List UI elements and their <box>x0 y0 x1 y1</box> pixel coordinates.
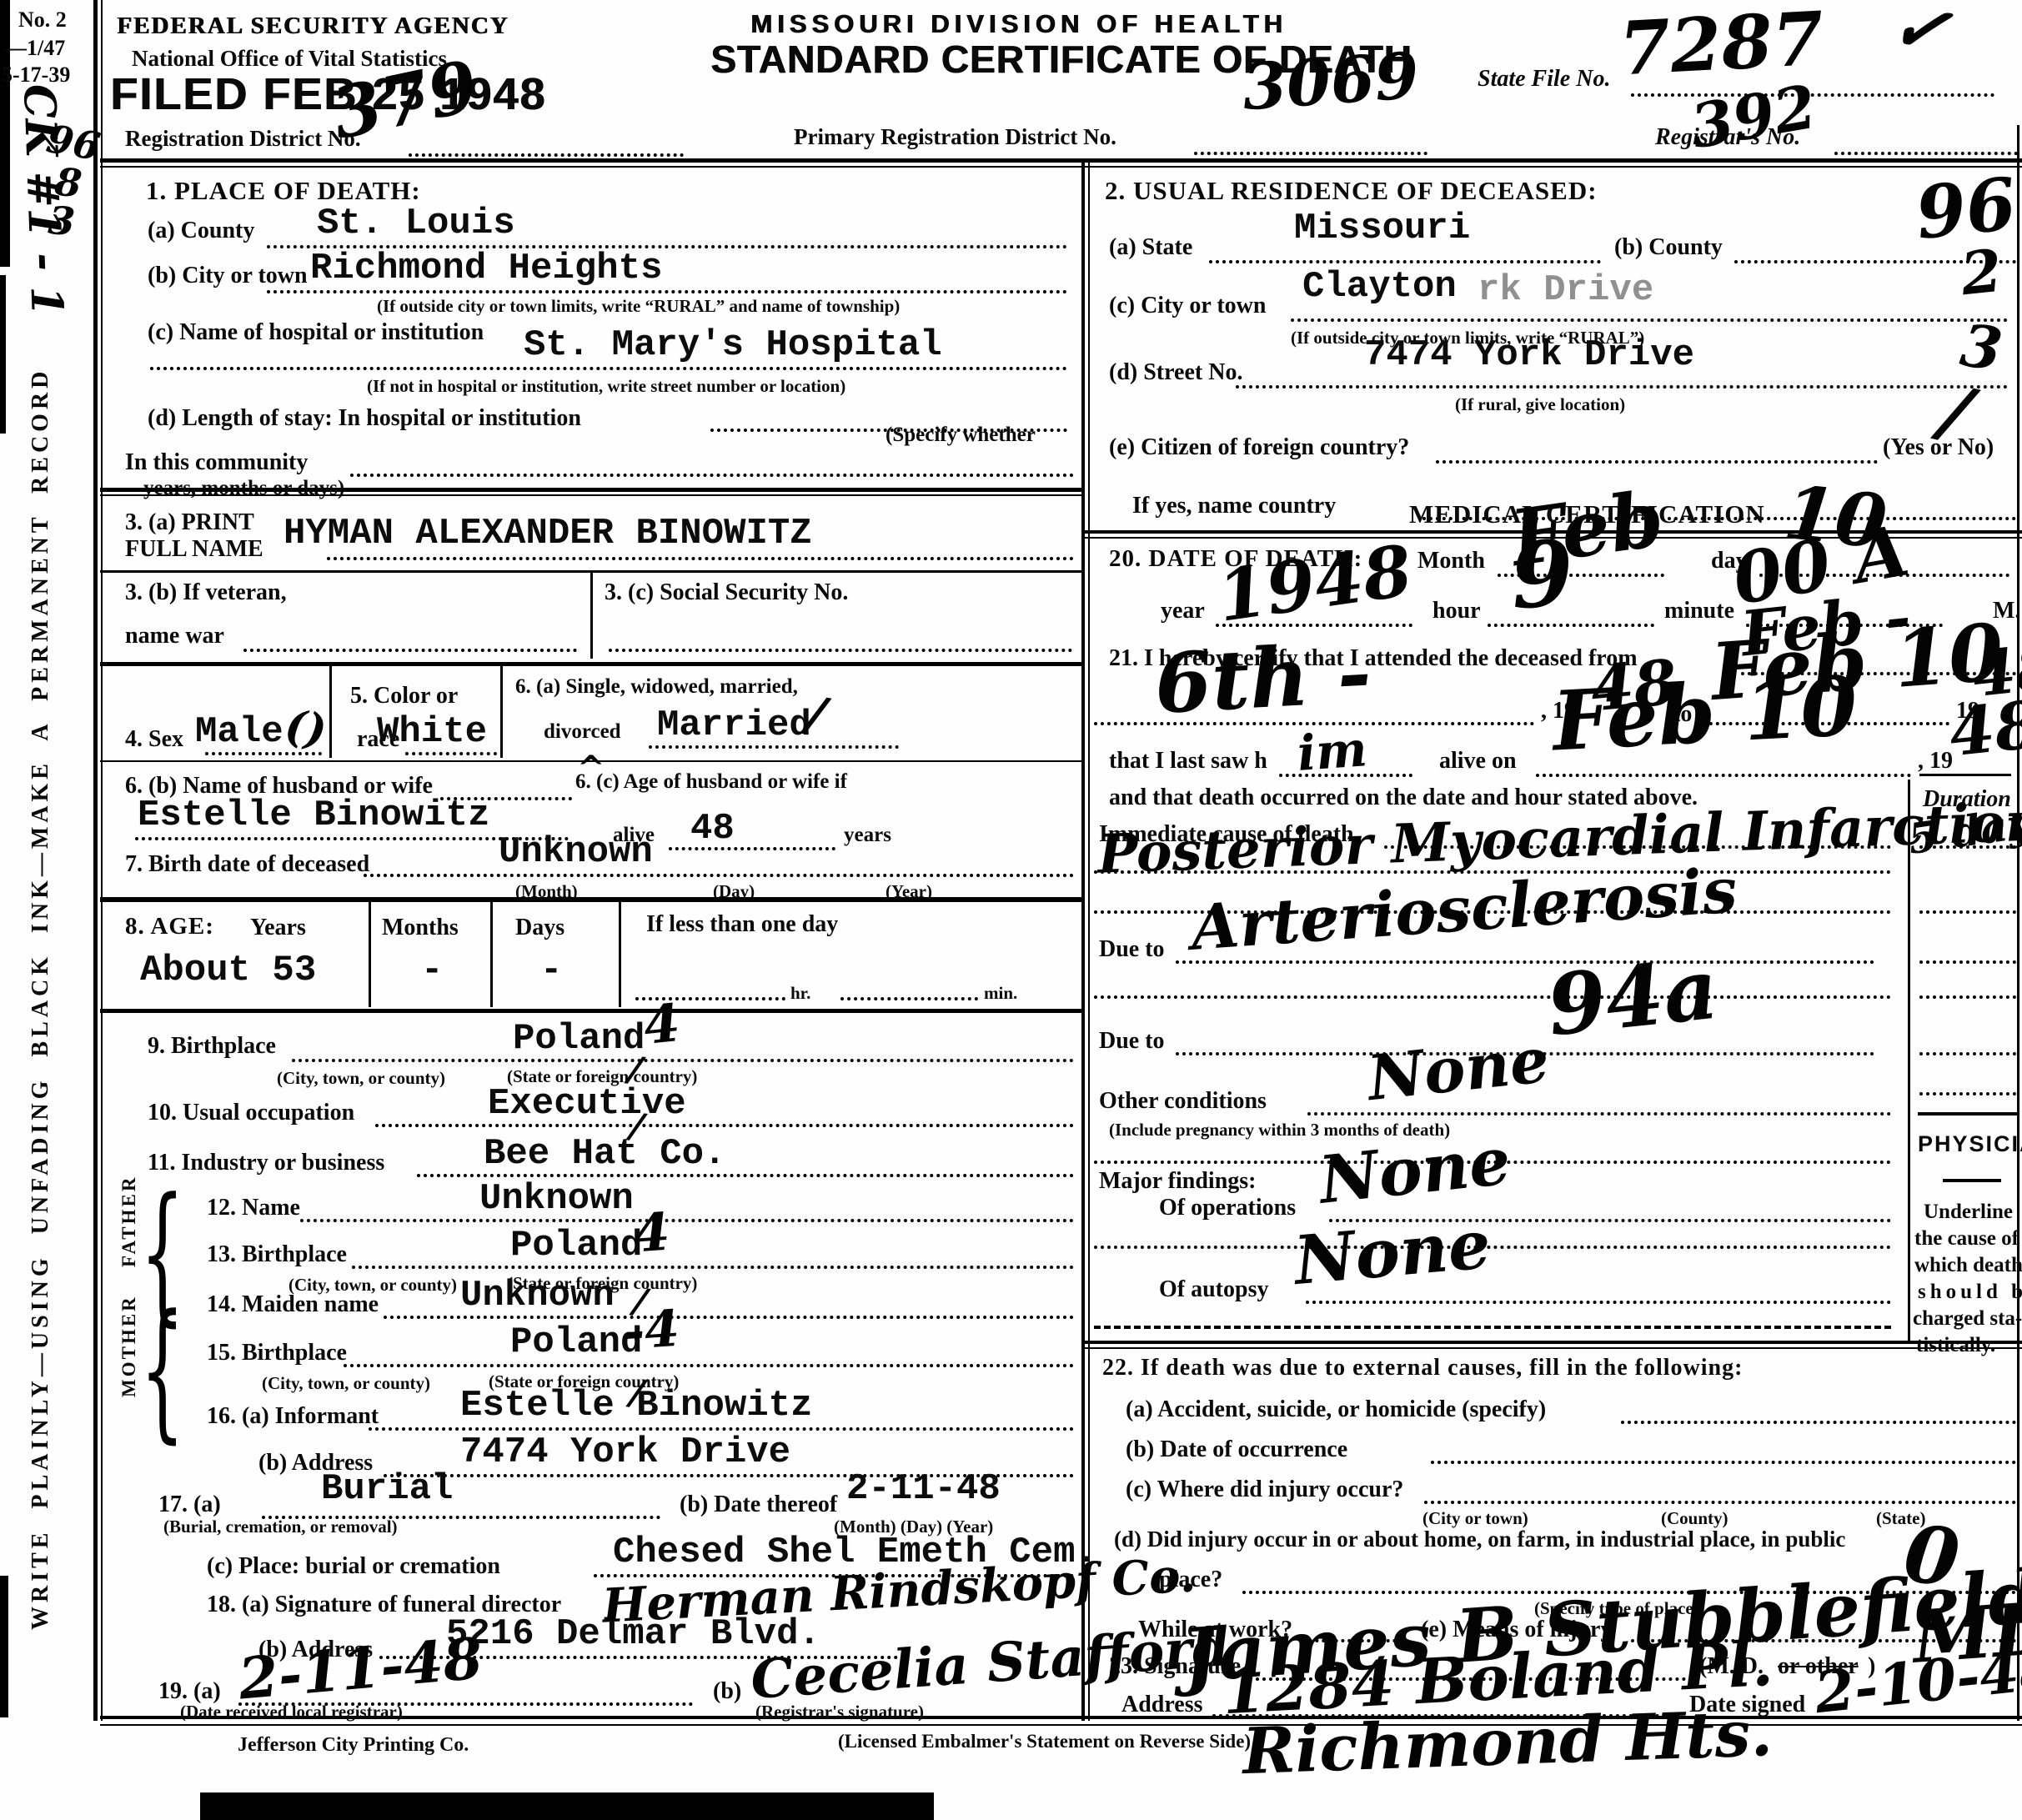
father-birthplace-value: Poland <box>510 1227 642 1264</box>
state-file-label: State File No. <box>1478 67 1610 93</box>
age-divider-2 <box>490 902 493 1007</box>
birthplace-value: Poland <box>513 1020 645 1057</box>
lastsaw-im: im <box>1296 724 1368 778</box>
veteran-label-1: 3. (b) If veteran, <box>125 580 287 606</box>
physician-address-city: Richmond Hts. <box>1242 1702 1774 1783</box>
hospital-hint: (If not in hospital or institution, writ… <box>367 377 845 396</box>
rule-under-age <box>100 1009 1081 1013</box>
sex-value: Male <box>195 714 283 750</box>
hospital-line <box>150 367 1067 370</box>
age-months-header: Months <box>382 915 459 941</box>
hour-label: hour <box>1432 599 1481 624</box>
registrar-no-value: 392 <box>1687 76 1821 157</box>
citizen-line <box>1436 460 1878 464</box>
residence-city-label: (c) City or town <box>1109 293 1266 319</box>
form-revision-1: —1/47 <box>5 37 65 61</box>
residence-city-mark: 2 <box>1958 242 2004 304</box>
city-town-line <box>267 290 1067 293</box>
street-label: (d) Street No. <box>1109 360 1242 386</box>
physician-note-line: charged sta- <box>1913 1307 2022 1331</box>
external-d-label-1: (d) Did injury occur in or about home, o… <box>1114 1527 1845 1552</box>
mother-city-hint: (City, town, or county) <box>262 1374 430 1393</box>
race-value: White <box>377 714 487 750</box>
margin-instruction: WRITE PLAINLY—USING UNFADING BLACK INK—M… <box>28 368 54 1630</box>
registrar-sig-label: (b) <box>713 1679 741 1705</box>
residence-state-value: Missouri <box>1294 210 1470 247</box>
residence-heading: 2. USUAL RESIDENCE OF DECEASED: <box>1105 177 1598 205</box>
year-label: year <box>1161 599 1205 624</box>
center-divider <box>1081 158 1085 1721</box>
birthplace-mark: 4 <box>641 997 682 1052</box>
physician-note-line: the cause of <box>1914 1227 2019 1251</box>
father-name-label: 12. Name <box>207 1196 300 1221</box>
external-b-line <box>1431 1461 2016 1464</box>
residence-county-mark: 96 <box>1913 168 2019 250</box>
lastsaw-year: 48 <box>1946 693 2022 767</box>
duration-stub-5 <box>1919 1052 2016 1055</box>
duration-stub-4 <box>1919 995 2016 999</box>
marital-value: Married <box>657 707 811 744</box>
full-name-value: HYMAN ALEXANDER BINOWITZ <box>283 515 812 552</box>
spouse-age-value: 48 <box>690 810 735 847</box>
right-border <box>2017 125 2019 1721</box>
month-label: Month <box>1417 549 1485 574</box>
place-of-death-heading: 1. PLACE OF DEATH: <box>146 177 421 205</box>
print-label-1: 3. (a) PRINT <box>125 510 254 536</box>
external-b-label: (b) Date of occurrence <box>1126 1437 1347 1463</box>
date-thereof-value: 2-11-48 <box>846 1471 1001 1507</box>
due-to-2-mark: 94a <box>1543 947 1721 1048</box>
mother-sidebar-label: MOTHER <box>118 1295 139 1397</box>
marital-label-1: 6. (a) Single, widowed, married, <box>515 675 798 699</box>
margin-handwriting-3: 3 <box>47 201 76 241</box>
form-number: No. 2 <box>18 8 67 33</box>
external-a-label: (a) Accident, suicide, or homicide (spec… <box>1126 1397 1546 1423</box>
left-border <box>93 0 98 1721</box>
race-marital-divider <box>500 666 503 758</box>
due-to-2-label: Due to <box>1099 1029 1165 1055</box>
embalmer-note: (Licensed Embalmer's Statement on Revers… <box>838 1731 1251 1752</box>
header-rule <box>100 158 2022 163</box>
name-country-label: If yes, name country <box>1132 494 1336 519</box>
age-divider-1 <box>369 902 371 1007</box>
age-days-value: - <box>540 952 562 989</box>
industry-value: Bee Hat Co. <box>484 1136 725 1172</box>
full-name-line <box>327 557 1074 560</box>
duration-rule <box>1919 774 2011 776</box>
occupation-label: 10. Usual occupation <box>148 1101 354 1126</box>
scan-edge-artifact <box>0 275 6 434</box>
residence-state-line <box>1209 260 1601 263</box>
physician-note-line: tistically. <box>1916 1334 1995 1357</box>
informant-line <box>369 1427 1074 1431</box>
external-heading: 22. If death was due to external causes,… <box>1102 1356 1743 1381</box>
length-of-stay-label: (d) Length of stay: In hospital or insti… <box>148 406 581 432</box>
residence-city-line <box>1291 318 2008 322</box>
disposition-value: Burial <box>321 1471 453 1507</box>
external-rule-inner <box>1081 1347 2022 1349</box>
other-conditions-value: None <box>1365 1030 1552 1110</box>
minute-label: minute <box>1664 599 1734 624</box>
father-name-line <box>300 1219 1074 1222</box>
lastsaw-dots2 <box>1536 774 1911 777</box>
primary-registration-line <box>1194 152 1427 155</box>
rule-above-sex <box>100 662 1081 666</box>
duration-stub-6 <box>1919 1092 2016 1096</box>
center-divider-inner <box>1088 158 1090 1721</box>
citizen-label: (e) Citizen of foreign country? <box>1109 435 1409 461</box>
county-label: (a) County <box>148 218 254 244</box>
disposition-hint: (Burial, cremation, or removal) <box>163 1517 398 1537</box>
spouse-value: Estelle Binowitz <box>138 797 489 834</box>
of-autopsy-label: Of autopsy <box>1159 1277 1268 1303</box>
father-birthplace-mark: 4 <box>632 1206 671 1261</box>
sex-label: 4. Sex <box>125 727 183 753</box>
sex-mark: () <box>283 704 329 753</box>
street-line <box>1236 385 2008 389</box>
marital-label-2: divorced <box>544 720 621 744</box>
veteran-line <box>243 649 577 652</box>
mother-name-value: Unknown <box>460 1277 615 1314</box>
age-min-line <box>840 997 978 1000</box>
death-certificate-scan: No. 2 —1/47 5-17-39 WRITE PLAINLY—USING … <box>0 0 2022 1820</box>
community-line <box>350 474 1074 477</box>
duration-divider <box>1908 780 1910 1341</box>
ssn-line <box>609 649 1072 652</box>
age-less-header: If less than one day <box>646 912 838 938</box>
rule-above-age <box>100 897 1081 902</box>
burial-place-label: (c) Place: burial or cremation <box>207 1554 500 1580</box>
of-operations-label: Of operations <box>1159 1196 1296 1221</box>
city-town-label: (b) City or town <box>148 263 308 289</box>
age-min-label: min. <box>984 984 1017 1003</box>
lastsaw-dots1 <box>1279 774 1412 777</box>
external-c-line <box>1424 1501 2016 1504</box>
due-to-1-dots <box>1176 960 1874 964</box>
street-value: 7474 York Drive <box>1364 337 1694 374</box>
disposition-label: 17. (a) <box>158 1492 221 1518</box>
lastsaw-on-label: alive on <box>1439 749 1517 775</box>
birthplace-line <box>292 1059 1074 1062</box>
lastsaw-label: that I last saw h <box>1109 749 1267 775</box>
primary-registration-label: Primary Registration District No. <box>794 125 1116 150</box>
date-thereof-label: (b) Date thereof <box>680 1492 837 1518</box>
father-birthplace-line <box>352 1266 1074 1269</box>
registration-district-line <box>409 153 684 157</box>
certify-from2-value: 6th - <box>1153 633 1373 725</box>
sex-race-divider <box>329 666 332 758</box>
section-rule <box>100 488 1081 492</box>
lastsaw-value: Feb 10 <box>1551 666 1859 764</box>
section-rule-inner <box>100 494 1081 496</box>
of-autopsy-value: None <box>1292 1211 1493 1294</box>
duration-stub-3 <box>1919 960 2016 964</box>
birthdate-line <box>364 874 1074 877</box>
registrar-no-line <box>1834 152 2018 155</box>
age-hr-label: hr. <box>790 984 810 1003</box>
hour-value: 9 <box>1508 529 1577 623</box>
physician-label: PHYSICIAN <box>1918 1132 2022 1157</box>
other-conditions-label: Other conditions <box>1099 1089 1267 1115</box>
mother-brace: { <box>140 1284 184 1458</box>
primary-registration-value: 3069 <box>1241 44 1421 120</box>
hospital-value: St. Mary's Hospital <box>524 327 942 363</box>
major-findings-label: Major findings: <box>1099 1169 1257 1195</box>
marital-mark: / <box>803 689 829 740</box>
mother-birthplace-value: Poland <box>510 1324 642 1361</box>
agency-title: FEDERAL SECURITY AGENCY <box>117 13 509 40</box>
race-label-1: 5. Color or <box>350 684 458 709</box>
of-operations-value: None <box>1317 1129 1514 1214</box>
left-border-inner <box>101 0 103 1721</box>
header-rule-inner <box>100 166 2022 168</box>
age-divider-3 <box>619 902 621 1007</box>
residence-county-label: (b) County <box>1614 235 1723 261</box>
specify-whether-label: (Specify whether <box>886 424 1036 447</box>
city-town-hint: (If outside city or town limits, write “… <box>377 297 900 316</box>
physician-note-line: Underline <box>1924 1201 2013 1224</box>
external-c-label: (c) Where did injury occur? <box>1126 1477 1403 1503</box>
external-rule <box>1081 1341 2022 1344</box>
of-autopsy-dots <box>1306 1301 1891 1304</box>
informant-label: 16. (a) Informant <box>207 1404 379 1430</box>
physician-dash <box>1943 1179 2001 1182</box>
residence-state-label: (a) State <box>1109 235 1192 261</box>
birthdate-value: Unknown <box>499 834 653 870</box>
external-c-county-hint: (County) <box>1661 1509 1728 1528</box>
margin-handwriting-8: 8 <box>53 162 84 203</box>
veteran-ssn-divider <box>590 572 593 659</box>
age-label: 8. AGE: <box>125 914 214 940</box>
print-label-2: FULL NAME <box>125 537 263 563</box>
occupation-line <box>375 1124 1074 1127</box>
mother-birthplace-line <box>344 1364 1074 1367</box>
registration-district-label: Registration District No. <box>125 127 361 152</box>
birthplace-city-hint: (City, town, or county) <box>277 1069 445 1088</box>
spouse-age-suffix: years <box>844 824 891 847</box>
physician-note-line: which death <box>1914 1254 2022 1277</box>
age-days-header: Days <box>515 915 564 941</box>
city-town-value: Richmond Heights <box>310 250 662 287</box>
residence-city-ghost-text: rk Drive <box>1478 272 1653 308</box>
informant-address-value: 7474 York Drive <box>460 1434 790 1471</box>
duration-stub-2 <box>1919 910 2016 914</box>
external-c-city-hint: (City or town) <box>1422 1509 1528 1528</box>
street-hint: (If rural, give location) <box>1455 395 1625 414</box>
birthplace-label: 9. Birthplace <box>148 1034 276 1060</box>
mother-name-label: 14. Maiden name <box>207 1292 379 1318</box>
duration-stub-solid <box>1918 1112 2018 1116</box>
occupation-value: Executive <box>488 1085 686 1122</box>
residence-city-value: Clayton <box>1302 268 1457 305</box>
check-mark: ✓ <box>1884 0 1956 68</box>
printer-credit: Jefferson City Printing Co. <box>238 1734 469 1756</box>
age-years-header: Years <box>250 915 306 941</box>
cause-line-8 <box>1094 1326 1891 1329</box>
physician-note-line: should be <box>1918 1281 2022 1304</box>
division-title: MISSOURI DIVISION OF HEALTH <box>750 10 1287 38</box>
spouse-age-label-1: 6. (c) Age of husband or wife if <box>575 770 847 794</box>
ssn-label: 3. (c) Social Security No. <box>605 580 848 606</box>
hospital-label: (c) Name of hospital or institution <box>148 320 484 346</box>
cause-line-7 <box>1094 1246 1891 1249</box>
father-birthplace-label: 13. Birthplace <box>207 1242 347 1268</box>
margin-handwriting-96: 96 <box>43 119 103 166</box>
other-conditions-dots <box>1307 1112 1891 1116</box>
street-mark: 3 <box>1957 316 2005 379</box>
scan-bottom-artifact <box>200 1792 934 1820</box>
age-months-value: - <box>421 952 443 989</box>
father-sidebar-label: FATHER <box>118 1176 139 1267</box>
mother-birthplace-mark: -4 <box>622 1304 681 1358</box>
lastsaw-19: , 19 <box>1918 749 1953 775</box>
community-label: In this community <box>125 450 308 476</box>
age-years-value: About 53 <box>140 952 316 989</box>
due-to-1-label: Due to <box>1099 937 1165 963</box>
external-a-line <box>1621 1421 2016 1424</box>
scan-edge-artifact <box>0 1576 8 1717</box>
father-name-value: Unknown <box>479 1181 634 1217</box>
veteran-label-2: name war <box>125 624 224 649</box>
county-value: St. Louis <box>317 205 515 242</box>
birthdate-label: 7. Birth date of deceased <box>125 852 369 878</box>
cause-line-4 <box>1094 995 1891 999</box>
mother-birthplace-label: 15. Birthplace <box>207 1341 347 1366</box>
